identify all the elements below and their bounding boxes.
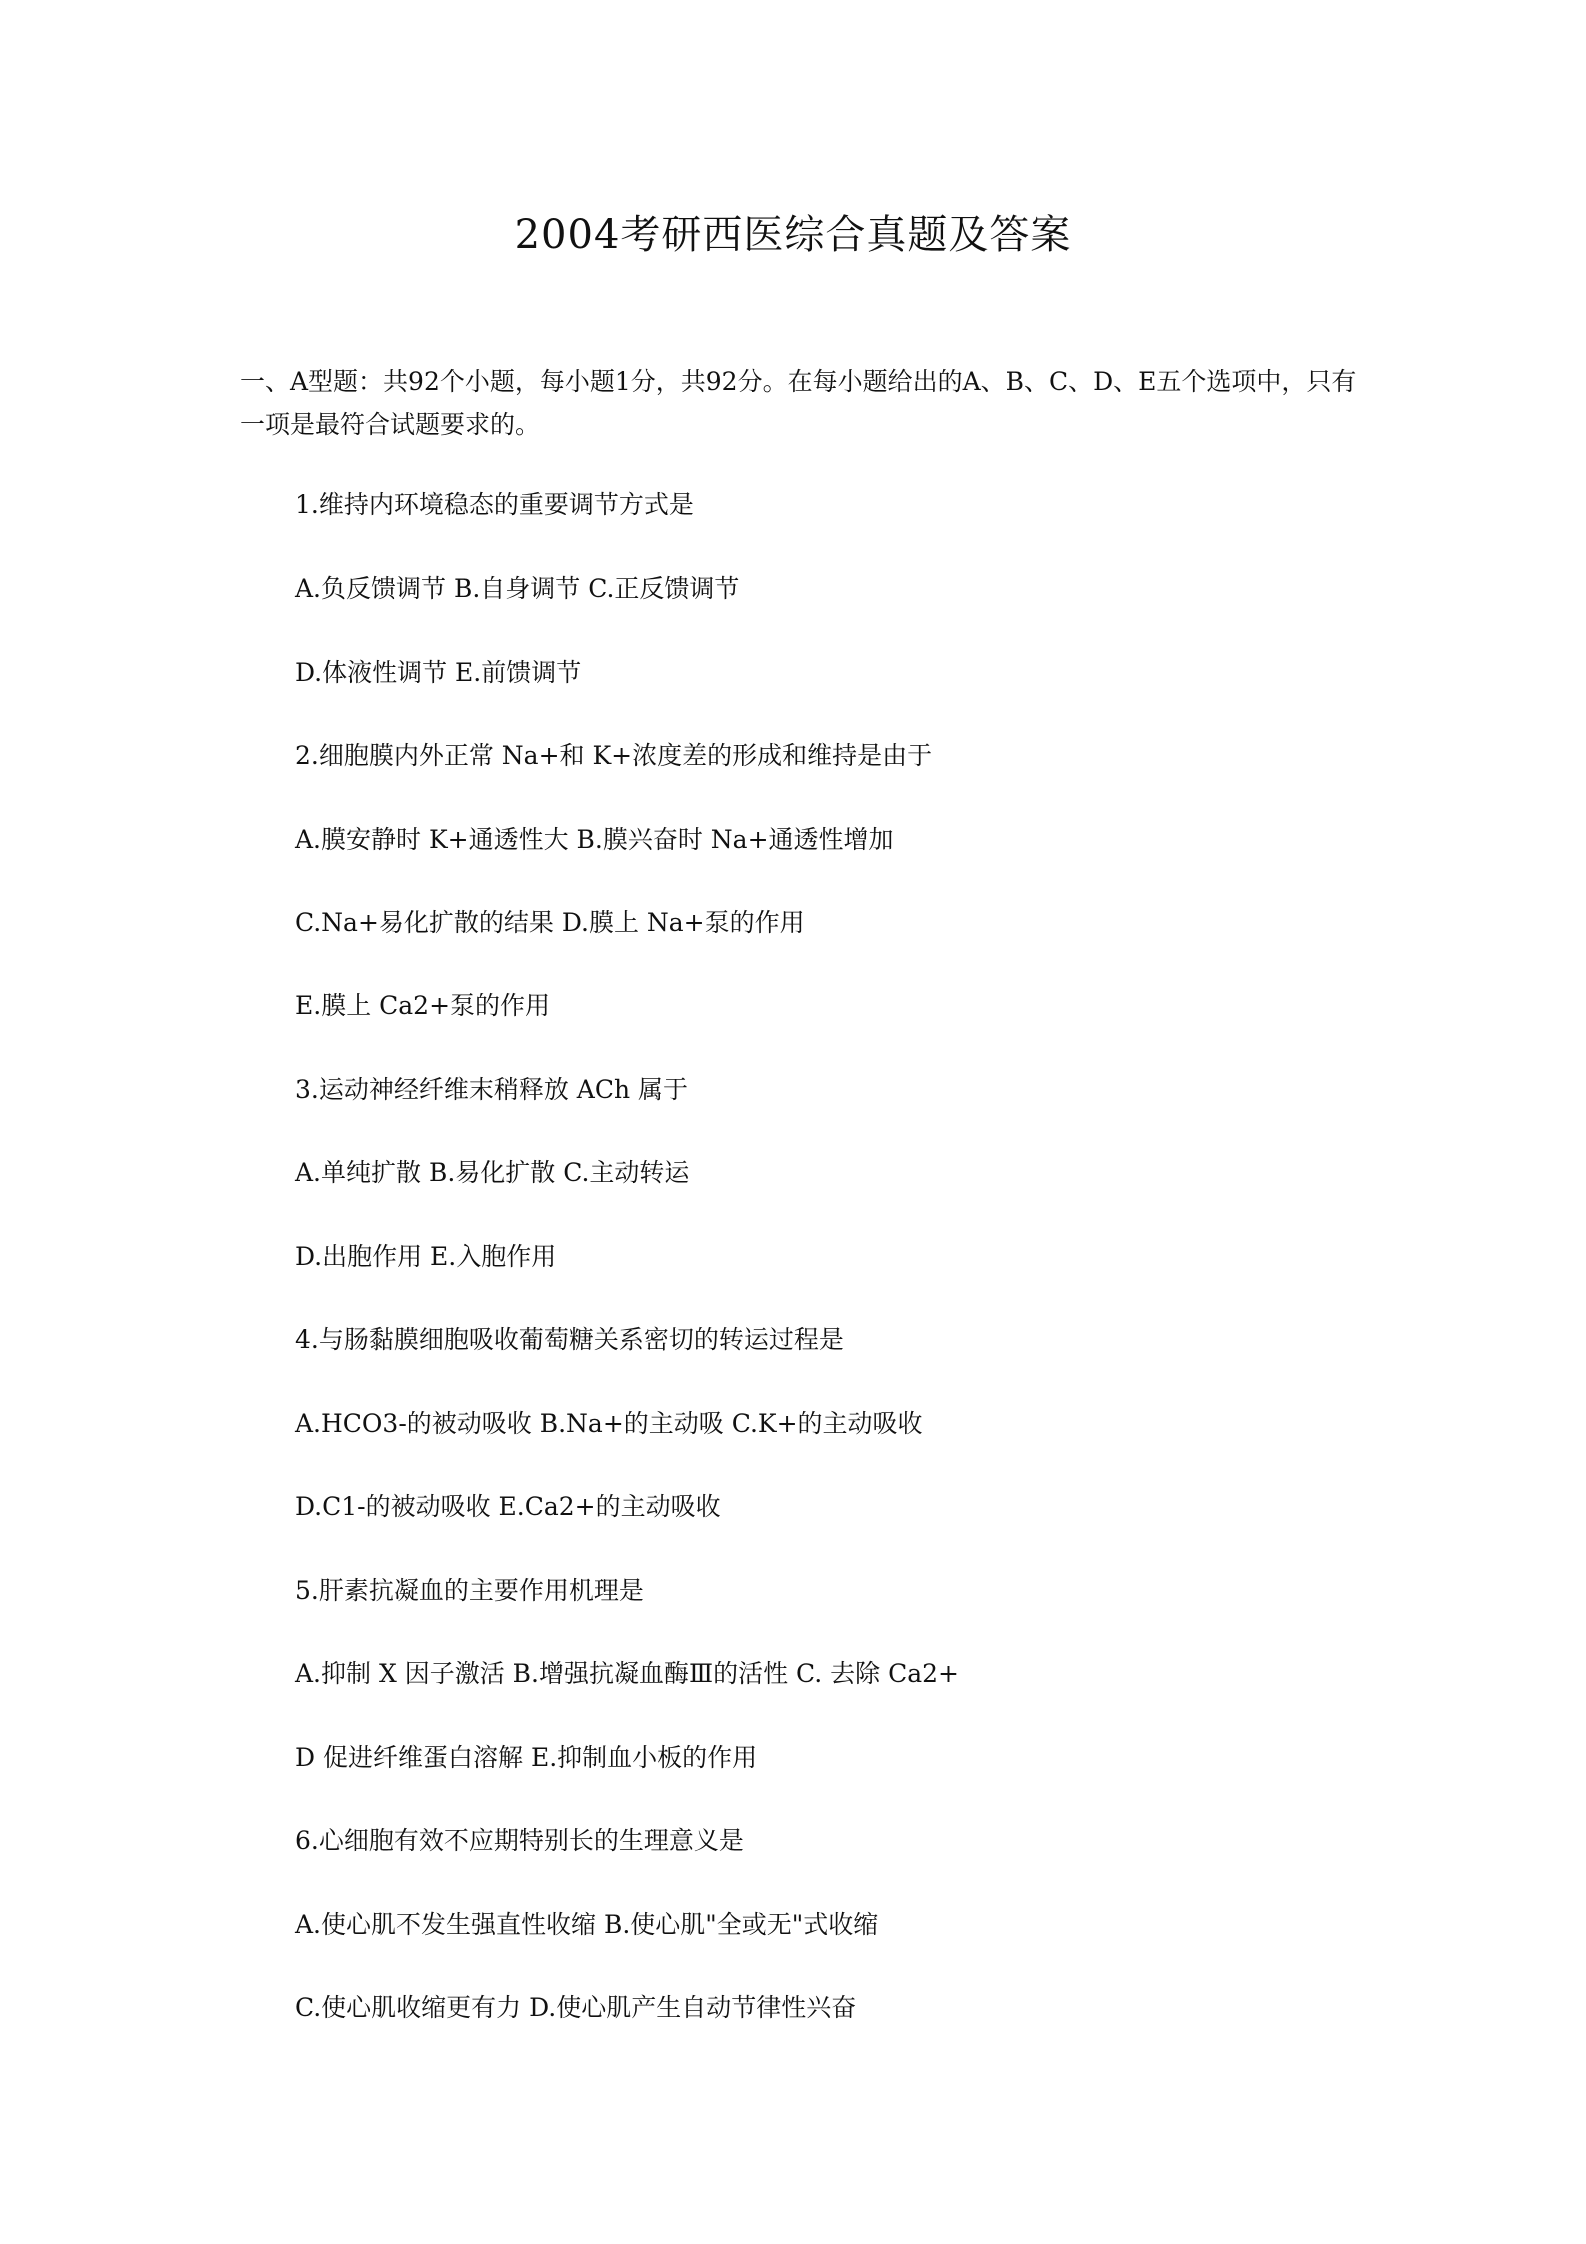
question-stem: 2.细胞膜内外正常 Na+和 K+浓度差的形成和维持是由于 [295,738,932,774]
question-options: D.出胞作用 E.入胞作用 [295,1239,556,1275]
question-options: D.C1-的被动吸收 E.Ca2+的主动吸收 [295,1489,721,1525]
question-stem: 5.肝素抗凝血的主要作用机理是 [295,1573,644,1609]
question-stem: 1.维持内环境稳态的重要调节方式是 [295,487,694,523]
question-options: A.膜安静时 K+通透性大 B.膜兴奋时 Na+通透性增加 [295,822,894,858]
question-stem: 6.心细胞有效不应期特别长的生理意义是 [295,1823,744,1859]
document-title: 2004考研西医综合真题及答案 [0,205,1586,265]
question-options: E.膜上 Ca2+泵的作用 [295,988,550,1024]
question-options: D.体液性调节 E.前馈调节 [295,655,581,691]
question-options: A.负反馈调节 B.自身调节 C.正反馈调节 [295,571,739,607]
question-stem: 4.与肠黏膜细胞吸收葡萄糖关系密切的转运过程是 [295,1322,844,1358]
question-options: A.使心肌不发生强直性收缩 B.使心肌"全或无"式收缩 [295,1907,878,1943]
section-intro: 一、A型题：共92个小题，每小题1分，共92分。在每小题给出的A、B、C、D、E… [240,360,1360,446]
question-options: A.抑制 X 因子激活 B.增强抗凝血酶Ⅲ的活性 C. 去除 Ca2+ [295,1656,959,1692]
question-options: C.使心肌收缩更有力 D.使心肌产生自动节律性兴奋 [295,1990,856,2026]
question-stem: 3.运动神经纤维末稍释放 ACh 属于 [295,1072,688,1108]
question-options: A.HCO3-的被动吸收 B.Na+的主动吸 C.K+的主动吸收 [295,1406,923,1442]
question-options: A.单纯扩散 B.易化扩散 C.主动转运 [295,1155,689,1191]
question-options: D 促进纤维蛋白溶解 E.抑制血小板的作用 [295,1740,757,1776]
question-options: C.Na+易化扩散的结果 D.膜上 Na+泵的作用 [295,905,805,941]
